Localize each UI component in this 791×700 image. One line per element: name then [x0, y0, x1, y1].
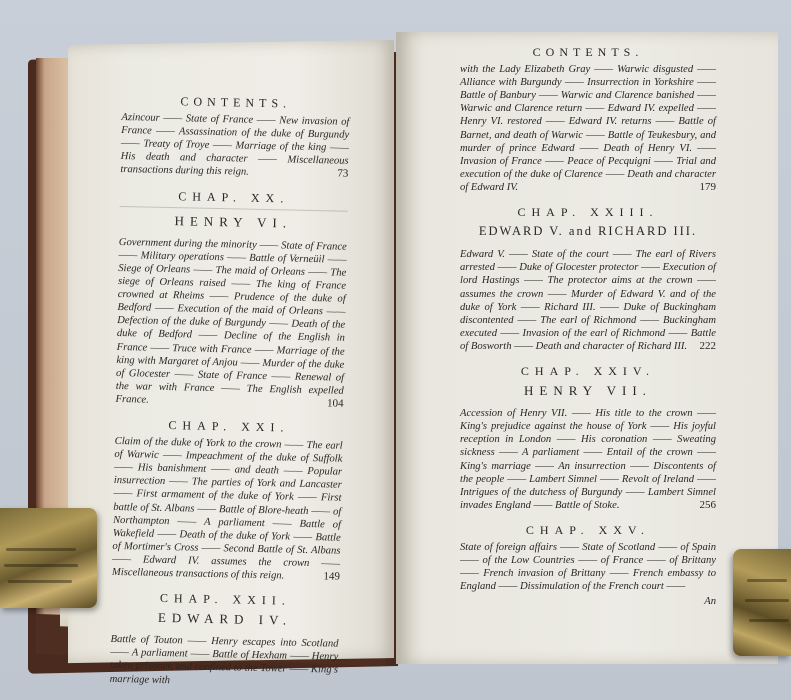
entry-text: Claim of the duke of York to the crown —…: [112, 436, 343, 582]
page-number: 256: [700, 499, 717, 512]
entry-text: Government during the minority —— State …: [115, 237, 346, 406]
open-book: CONTENTS. Azincour —— State of France ——…: [0, 0, 791, 700]
chapter-heading: CHAP. XXIII.: [460, 206, 716, 219]
reign-heading: HENRY VI.: [119, 213, 347, 231]
brass-bookend-right: [733, 549, 791, 656]
contents-entry: Battle of Touton —— Henry escapes into S…: [110, 633, 339, 690]
divider: [120, 206, 348, 212]
entry-text: Accession of Henry VII. —— His title to …: [460, 408, 716, 511]
page-number: 73: [337, 168, 348, 181]
running-header: CONTENTS.: [460, 46, 716, 59]
contents-entry: Azincour —— State of France —— New invas…: [120, 111, 349, 181]
entry-text: State of foreign affairs —— State of Sco…: [460, 542, 716, 592]
contents-entry: Claim of the duke of York to the crown —…: [112, 435, 343, 584]
catchword: An: [460, 595, 716, 608]
chapter-heading: CHAP. XXI.: [115, 418, 343, 436]
entry-text: with the Lady Elizabeth Gray —— Warwic d…: [460, 64, 716, 193]
entry-text: Battle of Touton —— Henry escapes into S…: [110, 634, 339, 686]
reign-heading: EDWARD IV.: [111, 610, 339, 628]
entry-text: Azincour —— State of France —— New invas…: [120, 112, 349, 178]
reign-heading: HENRY VII.: [460, 384, 716, 397]
running-header: CONTENTS.: [122, 94, 350, 112]
chapter-heading: CHAP. XXV.: [460, 524, 716, 537]
right-page-text: CONTENTS. with the Lady Elizabeth Gray —…: [460, 44, 716, 608]
page-number: 179: [700, 181, 717, 194]
page-number: 222: [700, 340, 717, 353]
page-number: 149: [323, 570, 340, 583]
contents-entry: Edward V. —— State of the court —— The e…: [460, 248, 716, 353]
contents-entry: State of foreign affairs —— State of Sco…: [460, 541, 716, 593]
reign-heading: EDWARD V. and RICHARD III.: [460, 225, 716, 238]
chapter-heading: CHAP. XX.: [120, 189, 348, 207]
page-number: 104: [327, 397, 344, 410]
contents-entry: Government during the minority —— State …: [115, 236, 347, 411]
chapter-heading: CHAP. XXII.: [111, 591, 339, 609]
left-page-text: CONTENTS. Azincour —— State of France ——…: [110, 92, 350, 690]
contents-entry: with the Lady Elizabeth Gray —— Warwic d…: [460, 63, 716, 194]
entry-text: Edward V. —— State of the court —— The e…: [460, 249, 716, 352]
chapter-heading: CHAP. XXIV.: [460, 365, 716, 378]
brass-bookend-left: [0, 508, 97, 608]
contents-entry: Accession of Henry VII. —— His title to …: [460, 407, 716, 512]
